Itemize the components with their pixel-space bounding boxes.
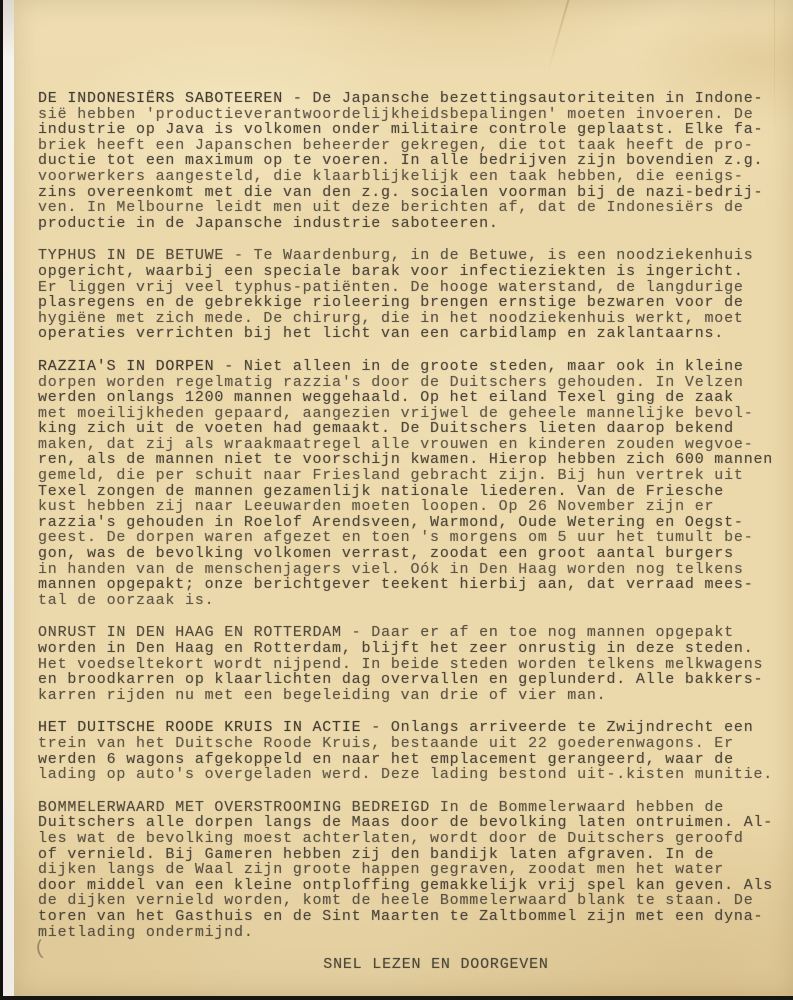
scan-edge-bottom (0, 996, 793, 1000)
paragraph-6: BOMMELERWAARD MET OVERSTROOMING BEDREIGD… (38, 800, 790, 940)
paragraph-2: TYPHUS IN DE BETUWE - Te Waardenburg, in… (38, 248, 790, 342)
text-line: productie in de Japansche industrie sabo… (38, 216, 790, 232)
paragraph-5: HET DUITSCHE ROODE KRUIS IN ACTIE - Onla… (38, 720, 790, 782)
paragraph-heading: HET DUITSCHE ROODE KRUIS IN ACTIE (38, 719, 361, 736)
text-line: kust hebben zij naar Leeuwarden moeten l… (38, 499, 790, 515)
text-line: BOMMELERWAARD MET OVERSTROOMING BEDREIGD… (38, 800, 790, 816)
text-line: werden onlangs 1200 mannen weggehaald. O… (38, 390, 790, 406)
text-line: ductie tot een maximum op te voeren. In … (38, 153, 790, 169)
text-line: geest. De dorpen waren afgezet en toen '… (38, 530, 790, 546)
text-line: DE INDONESIËRS SABOTEEREN - De Japansche… (38, 91, 790, 107)
text-line: ven. In Melbourne leidt men uit deze ber… (38, 200, 790, 216)
footer-slogan: SNEL LEZEN EN DOORGEVEN (60, 957, 793, 973)
text-line: opgericht, waarbij een speciale barak vo… (38, 264, 790, 280)
text-line: les wat de bevolking moest achterlaten, … (38, 831, 790, 847)
paragraph-heading: BOMMELERWAARD MET OVERSTROOMING BEDREIGD (38, 799, 430, 816)
paper-crease-top (543, 0, 571, 86)
text-line: of vernield. Bij Gameren hebben zij den … (38, 847, 790, 863)
text-line: HET DUITSCHE ROODE KRUIS IN ACTIE - Onla… (38, 720, 790, 736)
text-line: voorwerkers aangesteld, die klaarblijkel… (38, 169, 790, 185)
paper-sheet: ( DE INDONESIËRS SABOTEEREN - De Japansc… (14, 0, 793, 996)
text-line: door middel van een kleine ontploffing g… (38, 878, 790, 894)
text-line: met moeilijkheden gepaard, aangezien vri… (38, 406, 790, 422)
document-body: DE INDONESIËRS SABOTEEREN - De Japansche… (38, 91, 790, 973)
text-line: werden 6 wagons afgekoppeld en naar het … (38, 752, 790, 768)
text-line: gemeld, die per schuit naar Friesland ge… (38, 468, 790, 484)
text-line: de dijken vernield worden, komt de heele… (38, 893, 790, 909)
text-line: zins overeenkomt met die van den z.g. so… (38, 185, 790, 201)
text-line: hygiëne met zich mede. De chirurg, die i… (38, 311, 790, 327)
paragraph-heading: DE INDONESIËRS SABOTEEREN (38, 90, 283, 107)
paragraph-heading: ONRUST IN DEN HAAG EN ROTTERDAM (38, 624, 342, 641)
text-line: gon, was de bevolking volkomen verrast, … (38, 546, 790, 562)
text-line: ren, als de mannen niet te voorschijn kw… (38, 452, 790, 468)
text-line: dorpen worden regelmatig razzia's door d… (38, 375, 790, 391)
text-line: Duitschers alle dorpen langs de Maas doo… (38, 815, 790, 831)
text-line: trein van het Duitsche Roode Kruis, best… (38, 736, 790, 752)
text-line: lading op auto's overgeladen werd. Deze … (38, 767, 790, 783)
scanned-page: ( DE INDONESIËRS SABOTEEREN - De Japansc… (0, 0, 793, 1000)
text-line: ONRUST IN DEN HAAG EN ROTTERDAM - Daar e… (38, 625, 790, 641)
text-line: worden in Den Haag en Rotterdam, blijft … (38, 641, 790, 657)
text-line: karren rijden nu met een begeleiding van… (38, 688, 790, 704)
text-line: Er liggen vrij veel typhus-patiënten. De… (38, 280, 790, 296)
text-line: industrie op Java is volkomen onder mili… (38, 122, 790, 138)
text-line: tal de oorzaak is. (38, 593, 790, 609)
text-line: sië hebben 'productieverantwoordelijkhei… (38, 107, 790, 123)
paragraph-heading: RAZZIA'S IN DORPEN (38, 358, 214, 375)
text-line: mannen opgepakt; onze berichtgever teeke… (38, 577, 790, 593)
text-line: dijken langs de Waal zijn groote happen … (38, 862, 790, 878)
text-line: TYPHUS IN DE BETUWE - Te Waardenburg, in… (38, 248, 790, 264)
text-line: en broodkarren op klaarlichten dag overv… (38, 672, 790, 688)
text-line: in handen van de menschenjagers viel. Oó… (38, 562, 790, 578)
page-underlay-strip (3, 0, 14, 996)
text-line: Het voedseltekort wordt nijpend. In beid… (38, 657, 790, 673)
paragraph-4: ONRUST IN DEN HAAG EN ROTTERDAM - Daar e… (38, 625, 790, 703)
text-line: mietlading ondermijnd. (38, 925, 790, 941)
text-line: toren van het Gasthuis en de Sint Maarte… (38, 909, 790, 925)
paragraph-3: RAZZIA'S IN DORPEN - Niet alleen in de g… (38, 359, 790, 609)
text-line: operaties verrichten bij het licht van e… (38, 326, 790, 342)
paragraph-heading: TYPHUS IN DE BETUWE (38, 247, 224, 264)
paragraph-1: DE INDONESIËRS SABOTEEREN - De Japansche… (38, 91, 790, 231)
text-line: plasregens en de gebrekkige rioleering b… (38, 295, 790, 311)
text-line: maken, dat zij als wraakmaatregel alle v… (38, 437, 790, 453)
text-line: RAZZIA'S IN DORPEN - Niet alleen in de g… (38, 359, 790, 375)
text-line: Texel zongen de mannen gezamenlijk natio… (38, 484, 790, 500)
text-line: briek heeft een Japanschen beheerder gek… (38, 138, 790, 154)
text-line: king zich uit de voeten had gemaakt. De … (38, 421, 790, 437)
